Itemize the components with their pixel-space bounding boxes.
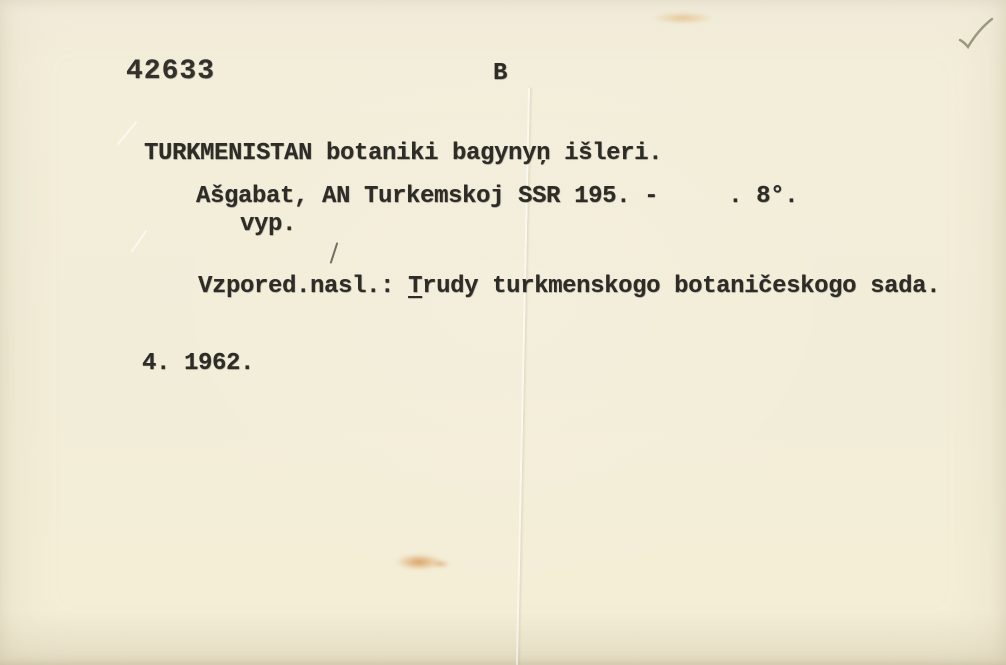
paper-crease: [516, 88, 530, 665]
parallel-title-prefix: Vzpored.nasl.:: [198, 273, 408, 300]
serial-number: 42633: [126, 56, 215, 87]
parallel-title-underlined-char: T: [408, 273, 422, 300]
parallel-title-note: Vzpored.nasl.: Trudy turkmenskogo botani…: [142, 246, 940, 327]
imprint-continuation: vyp.: [240, 211, 296, 238]
rust-stain-bottom: [432, 560, 450, 568]
checkmark-icon: [952, 14, 1000, 58]
parallel-title-rest: rudy turkmenskogo botaničeskogo sada.: [422, 273, 940, 300]
title-line: TURKMENISTAN botaniki bagynyņ išleri.: [144, 140, 662, 167]
holdings-line: 4. 1962.: [142, 350, 254, 377]
catalog-card: 42633 B TURKMENISTAN botaniki bagynyņ iš…: [0, 0, 1006, 665]
rust-stain-top: [652, 12, 714, 24]
paper-scratch: [117, 121, 137, 145]
imprint-line: Ašgabat, AN Turkemskoj SSR 195. - . 8°.: [196, 183, 798, 210]
classification-letter: B: [493, 60, 507, 87]
